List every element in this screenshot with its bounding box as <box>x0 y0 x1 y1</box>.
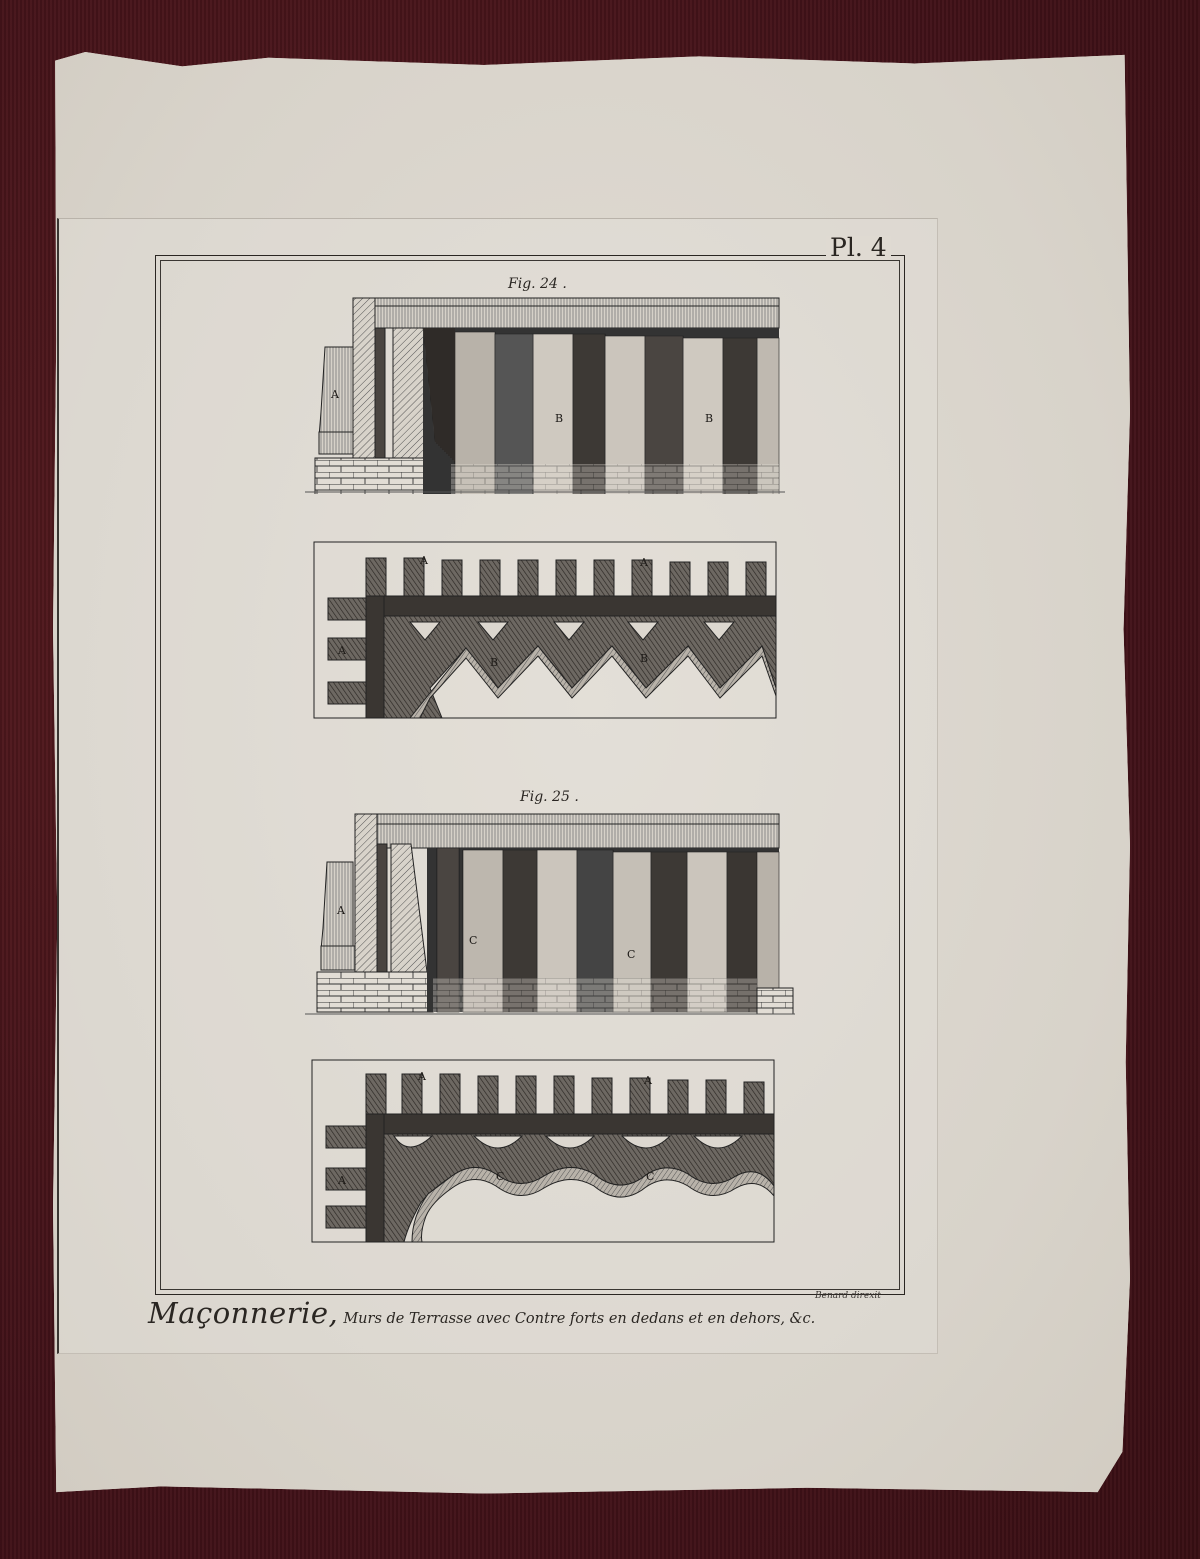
fig-24-plan-drawing: A A A B B <box>310 538 780 720</box>
fig-24-elevation-drawing: A B B <box>305 292 785 494</box>
caption-subtitle: Murs de Terrasse avec Contre forts en de… <box>343 1311 815 1327</box>
plate-number: Pl. 4 <box>826 236 891 260</box>
engraver-signature: Benard direxit <box>815 1291 881 1301</box>
letter-a: A <box>337 644 347 657</box>
letter-a: A <box>639 556 649 569</box>
plate-caption: Maçonnerie, Murs de Terrasse avec Contre… <box>148 1296 815 1330</box>
fig-25-elevation-drawing: A C C <box>305 810 795 1016</box>
letter-a: A <box>417 1070 427 1083</box>
letter-a: A <box>419 554 429 567</box>
letter-a: A <box>337 1174 347 1187</box>
letter-c: C <box>496 1170 504 1183</box>
caption-title: Maçonnerie, <box>148 1296 338 1330</box>
fig-24-label: Fig. 24 . <box>508 276 567 292</box>
letter-b: B <box>640 652 648 665</box>
letter-b: B <box>555 412 563 425</box>
letter-b: B <box>490 656 498 669</box>
fig-25-plan-drawing: A A A C C <box>308 1056 780 1246</box>
letter-a: A <box>330 388 340 401</box>
letter-c: C <box>646 1170 654 1183</box>
letter-c: C <box>469 934 477 947</box>
letter-c: C <box>627 948 635 961</box>
letter-b: B <box>705 412 713 425</box>
letter-a: A <box>336 904 346 917</box>
fig-25-label: Fig. 25 . <box>520 789 579 805</box>
letter-a: A <box>643 1074 653 1087</box>
